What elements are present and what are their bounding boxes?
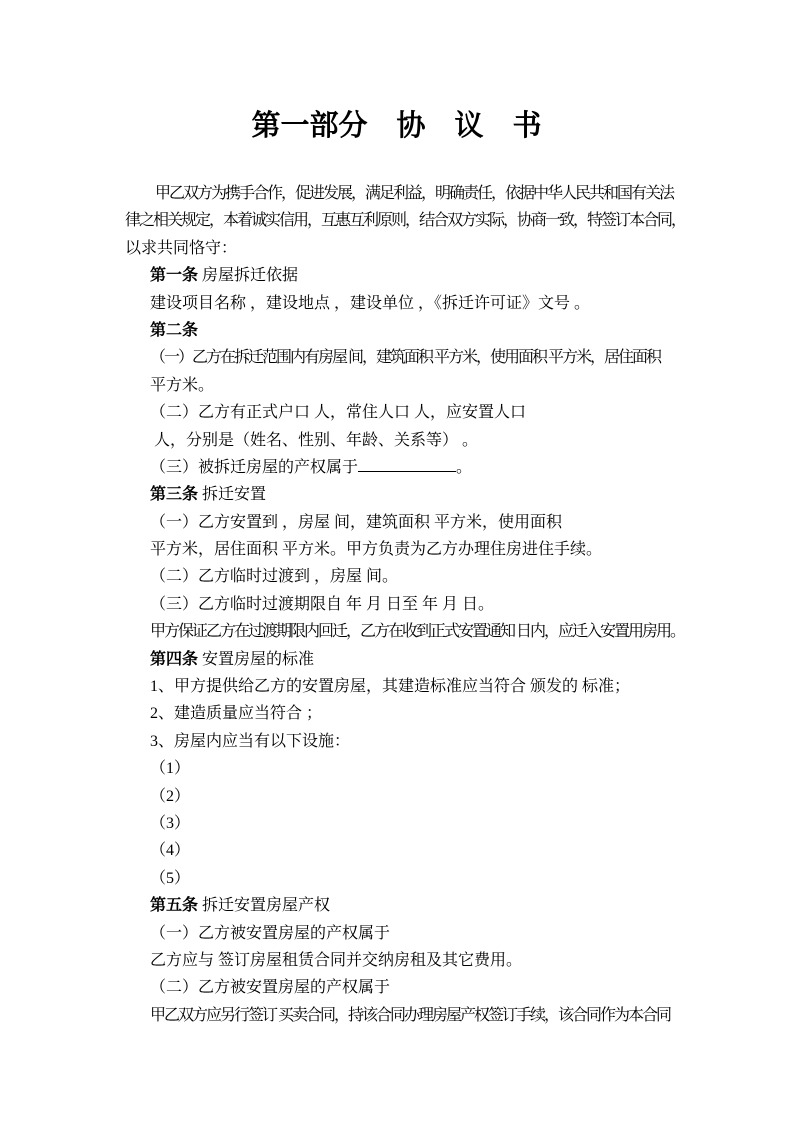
text-segment: （二）乙方有正式户口 人，常住人口 人，应安置人口 [150, 404, 526, 421]
text-segment: （二）乙方被安置房屋的产权属于 [150, 979, 390, 996]
document-line: （二）乙方被安置房屋的产权属于 [150, 974, 685, 1001]
clause-heading: 第一条 [150, 267, 198, 284]
document-line: （一）乙方在拆迁范围内有房屋 间，建筑面积 平方米，使用面积 平方米，居住面积 [150, 344, 685, 371]
text-segment: 以求共同恪守： [125, 240, 237, 257]
text-segment: 甲乙双方应另行签订 买卖合同，持该合同办理房屋产权签订手续，该合同作为本合同 [150, 1007, 670, 1024]
blank-underline [358, 456, 456, 472]
text-segment: （三）乙方临时过渡期限自 年 月 日至 年 月 日。 [150, 596, 494, 613]
text-segment: 甲乙双方为携手合作，促进发展，满足利益，明确责任，依据中华人民共和国有关法 [155, 185, 673, 202]
document-line: 2、建造质量应当符合 ； [150, 700, 685, 727]
document-line: 第五条 拆迁安置房屋产权 [150, 892, 685, 919]
text-segment: 房屋拆迁依据 [198, 267, 298, 284]
document-line: 1、甲方提供给乙方的安置房屋，其建造标准应当符合 颁发的 标准； [150, 673, 685, 700]
document-line: 第一条 房屋拆迁依据 [150, 262, 685, 289]
document-line: 乙方应与 签订房屋租赁合同并交纳房租及其它费用。 [150, 947, 685, 974]
document-line: 甲方保证乙方在过渡期限内回迁，乙方在收到正式安置通知 日内，应迁入安置用房用。 [150, 618, 685, 645]
document-body: 甲乙双方为携手合作，促进发展，满足利益，明确责任，依据中华人民共和国有关法律之相… [125, 180, 685, 1029]
document-line: 人，分别是（姓名、性别、年龄、关系等） 。 [150, 427, 685, 454]
document-line: 第四条 安置房屋的标准 [150, 646, 685, 673]
document-line: 平方米，居住面积 平方米。甲方负责为乙方办理住房进住手续。 [150, 536, 685, 563]
document-line: 甲乙双方应另行签订 买卖合同，持该合同办理房屋产权签订手续，该合同作为本合同 [150, 1002, 685, 1029]
document-line: 平方米。 [150, 372, 685, 399]
document-line: （二）乙方临时过渡到 ，房屋 间。 [150, 563, 685, 590]
text-segment: 2、建造质量应当符合 ； [150, 705, 322, 722]
clause-heading: 第四条 [150, 651, 198, 668]
clause-heading: 第三条 [150, 486, 198, 503]
text-segment: （一）乙方被安置房屋的产权属于 [150, 925, 390, 942]
document-line: （1） [150, 755, 685, 782]
document-line: （三）乙方临时过渡期限自 年 月 日至 年 月 日。 [150, 591, 685, 618]
document-line: 甲乙双方为携手合作，促进发展，满足利益，明确责任，依据中华人民共和国有关法 [125, 180, 685, 207]
document-line: （4） [150, 837, 685, 864]
text-segment: 拆迁安置 [198, 486, 266, 503]
document-line: （三）被拆迁房屋的产权属于。 [150, 454, 685, 481]
text-segment: （一）乙方在拆迁范围内有房屋 间，建筑面积 平方米，使用面积 平方米，居住面积 [150, 349, 660, 366]
text-segment: 平方米。 [150, 377, 214, 394]
text-segment: （三）被拆迁房屋的产权属于 [150, 459, 358, 476]
text-segment: （3） [150, 815, 190, 832]
document-line: 第三条 拆迁安置 [150, 481, 685, 508]
text-segment: 3、房屋内应当有以下设施： [150, 733, 350, 750]
text-segment: 乙方应与 签订房屋租赁合同并交纳房租及其它费用。 [150, 952, 522, 969]
text-segment: （5） [150, 870, 190, 887]
text-segment: 人，分别是（姓名、性别、年龄、关系等） 。 [150, 432, 478, 449]
clause-heading: 第五条 [150, 897, 198, 914]
document-line: （2） [150, 783, 685, 810]
document-line: 以求共同恪守： [125, 235, 685, 262]
document-line: （一）乙方被安置房屋的产权属于 [150, 920, 685, 947]
document-line: （3） [150, 810, 685, 837]
text-segment: 平方米，居住面积 平方米。甲方负责为乙方办理住房进住手续。 [150, 541, 602, 558]
document-line: （二）乙方有正式户口 人，常住人口 人，应安置人口 [150, 399, 685, 426]
text-segment: 。 [456, 459, 472, 476]
text-segment: （1） [150, 760, 190, 777]
document-line: （一）乙方安置到 ，房屋 间，建筑面积 平方米，使用面积 [150, 509, 685, 536]
text-segment: 安置房屋的标准 [198, 651, 314, 668]
text-segment: 1、甲方提供给乙方的安置房屋，其建造标准应当符合 颁发的 标准； [150, 678, 630, 695]
text-segment: 建设项目名称 ，建设地点 ，建设单位 ，《拆迁许可证》文号 。 [150, 295, 590, 312]
document-title: 第一部分 协 议 书 [0, 104, 793, 148]
document-page: 第一部分 协 议 书 甲乙双方为携手合作，促进发展，满足利益，明确责任，依据中华… [0, 0, 793, 1122]
text-segment: 甲方保证乙方在过渡期限内回迁，乙方在收到正式安置通知 日内，应迁入安置用房用。 [150, 623, 684, 640]
text-segment: （2） [150, 788, 190, 805]
text-segment: （二）乙方临时过渡到 ，房屋 间。 [150, 568, 398, 585]
document-line: 律之相关规定，本着诚实信用，互惠互利原则，结合双方实际，协商一致，特签订本合同， [125, 207, 685, 234]
clause-heading: 第二条 [150, 322, 198, 339]
text-segment: 拆迁安置房屋产权 [198, 897, 330, 914]
document-line: （5） [150, 865, 685, 892]
text-segment: （4） [150, 842, 190, 859]
document-line: 第二条 [150, 317, 685, 344]
document-line: 建设项目名称 ，建设地点 ，建设单位 ，《拆迁许可证》文号 。 [150, 290, 685, 317]
document-line: 3、房屋内应当有以下设施： [150, 728, 685, 755]
text-segment: （一）乙方安置到 ，房屋 间，建筑面积 平方米，使用面积 [150, 514, 562, 531]
text-segment: 律之相关规定，本着诚实信用，互惠互利原则，结合双方实际，协商一致，特签订本合同， [125, 212, 685, 229]
